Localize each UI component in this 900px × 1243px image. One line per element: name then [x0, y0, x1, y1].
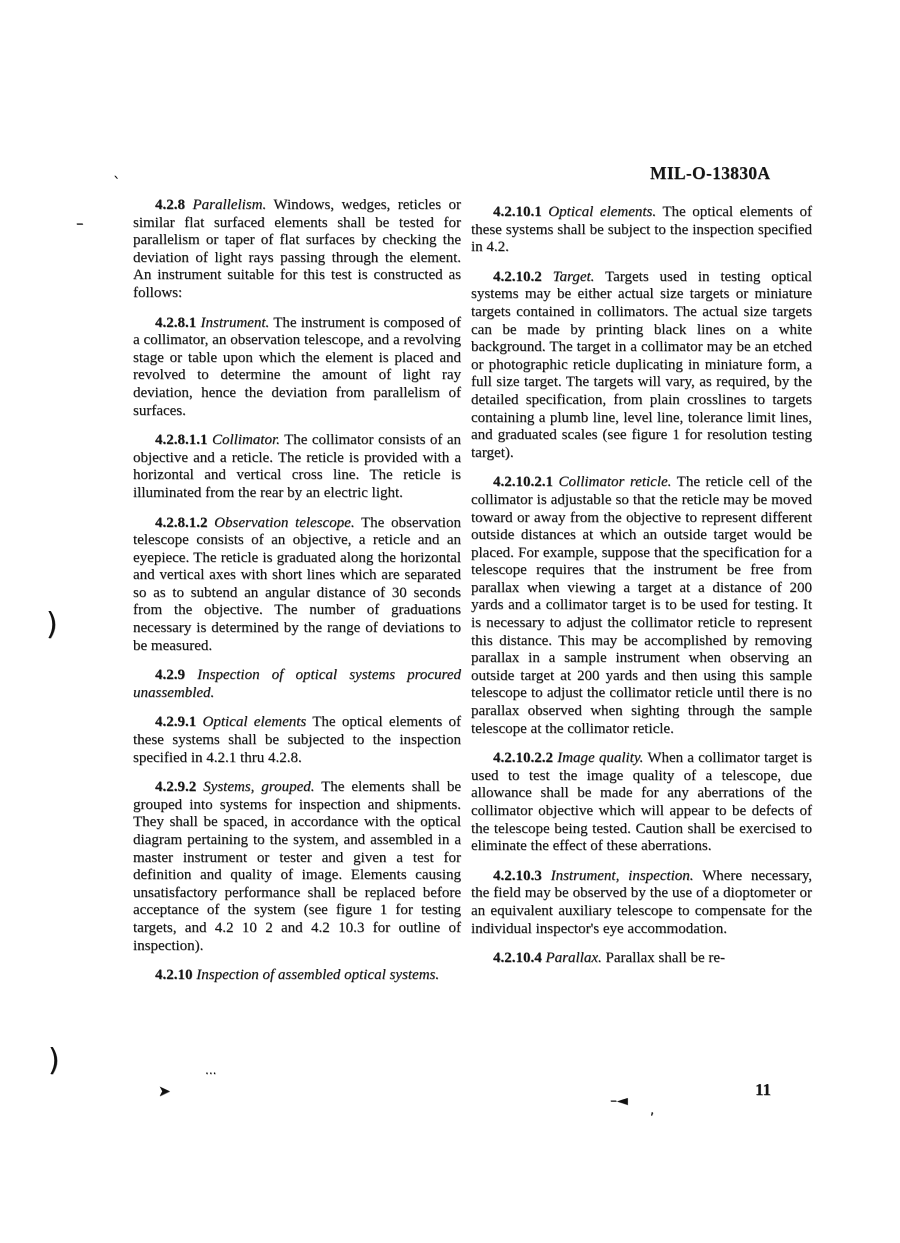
left-column: 4.2.8 Parallelism. Windows, wedges, reti…: [133, 197, 461, 985]
section-title: Parallax.: [542, 950, 602, 966]
dash-mark: –: [76, 216, 84, 231]
section-title: Inspection of assembled optical systems.: [193, 967, 440, 983]
tick-mark: `: [113, 176, 121, 191]
paragraph-4.2.10.2.2: 4.2.10.2.2 Image quality. When a collima…: [471, 750, 812, 856]
paragraph-4.2.10.2.1: 4.2.10.2.1 Collimator reticle. The retic…: [471, 474, 812, 738]
doc-number: MIL-O-13830A: [650, 163, 770, 184]
paragraph-4.2.8.1.1: 4.2.8.1.1 Collimator. The collimator con…: [133, 432, 461, 502]
section-number: 4.2.10.4: [493, 950, 542, 966]
section-title: Image quality.: [553, 750, 643, 766]
right-column: 4.2.10.1 Optical elements. The optical e…: [471, 204, 812, 968]
paragraph-4.2.8.1.2: 4.2.8.1.2 Observation telescope. The obs…: [133, 515, 461, 656]
section-number: 4.2.10.2: [493, 269, 542, 285]
section-number: 4.2.8.1: [155, 315, 196, 331]
paragraph-4.2.9: 4.2.9 Inspection of optical systems proc…: [133, 667, 461, 702]
section-number: 4.2.8.1.1: [155, 432, 208, 448]
section-number: 4.2.10.2.1: [493, 474, 553, 490]
section-title: Collimator.: [208, 432, 280, 448]
section-number: 4.2.9.1: [155, 714, 196, 730]
section-number: 4.2.8.1.2: [155, 515, 208, 531]
section-number: 4.2.9: [155, 667, 185, 683]
section-text: Parallax shall be re-: [602, 950, 725, 966]
section-title: Collimator reticle.: [553, 474, 671, 490]
paragraph-4.2.10.4: 4.2.10.4 Parallax. Parallax shall be re-: [471, 950, 812, 968]
paren-mark-upper: ): [46, 610, 58, 640]
section-text: The observation telescope consists of an…: [133, 515, 461, 654]
paragraph-4.2.9.1: 4.2.9.1 Optical elements The optical ele…: [133, 714, 461, 767]
section-number: 4.2.10.3: [493, 868, 542, 884]
section-title: Instrument.: [196, 315, 269, 331]
section-text: The reticle cell of the collimator is ad…: [471, 474, 812, 736]
document-page: MIL-O-13830A 4.2.8 Parallelism. Windows,…: [0, 0, 900, 1243]
section-title: Systems, grouped.: [196, 779, 314, 795]
section-number: 4.2.10.2.2: [493, 750, 553, 766]
paragraph-4.2.9.2: 4.2.9.2 Systems, grouped. The elements s…: [133, 779, 461, 955]
dots-mark: ...: [205, 1064, 216, 1076]
paragraph-4.2.10: 4.2.10 Inspection of assembled optical s…: [133, 967, 461, 985]
section-title: Observation telescope.: [208, 515, 355, 531]
paragraph-4.2.8: 4.2.8 Parallelism. Windows, wedges, reti…: [133, 197, 461, 303]
paragraph-4.2.10.3: 4.2.10.3 Instrument, inspection. Where n…: [471, 868, 812, 938]
section-number: 4.2.10: [155, 967, 193, 983]
paren-mark-lower: ): [48, 1046, 60, 1076]
section-title: Optical elements: [196, 714, 306, 730]
section-title: Target.: [542, 269, 595, 285]
arrow-mark-left: ➤: [158, 1084, 171, 1099]
comma-mark: ,: [650, 1104, 654, 1117]
section-text: Targets used in testing optical systems …: [471, 269, 812, 461]
section-title: Parallelism.: [185, 197, 266, 213]
page-number: 11: [755, 1080, 771, 1100]
paragraph-4.2.10.2: 4.2.10.2 Target. Targets used in testing…: [471, 269, 812, 463]
section-text: The elements shall be grouped into syste…: [133, 779, 461, 953]
paragraph-4.2.8.1: 4.2.8.1 Instrument. The instrument is co…: [133, 315, 461, 421]
section-number: 4.2.9.2: [155, 779, 196, 795]
section-title: Optical elements.: [542, 204, 656, 220]
section-number: 4.2.10.1: [493, 204, 542, 220]
section-number: 4.2.8: [155, 197, 185, 213]
paragraph-4.2.10.1: 4.2.10.1 Optical elements. The optical e…: [471, 204, 812, 257]
ink-blot-arrow: –◄: [610, 1094, 628, 1108]
section-title: Instrument, inspection.: [542, 868, 694, 884]
